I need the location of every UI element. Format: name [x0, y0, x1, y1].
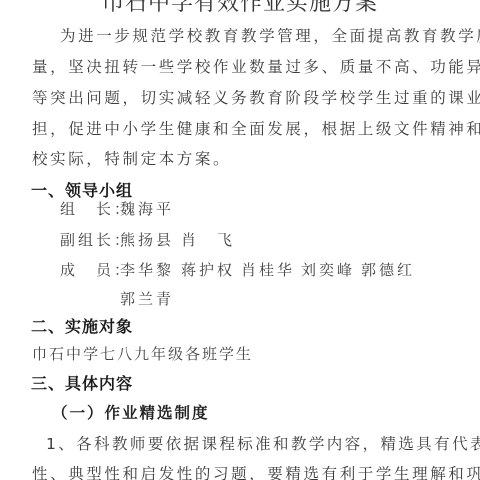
content-line-2: 性、典型性和启发性的习题，要精选有利于学生理解和巩固	[32, 462, 424, 480]
member-name-5: 郭德红	[361, 259, 415, 280]
member-name-2: 蒋护权	[181, 259, 235, 280]
deputy-name-2: 肖 飞	[181, 229, 235, 250]
member-name-4: 刘奕峰	[301, 259, 355, 280]
section-heading-content: 三、具体内容	[31, 371, 133, 394]
member-name-1: 李华黎	[120, 259, 174, 280]
intro-line-2: 量，坚决扭转一些学校作业数量过多、质量不高、功能异化	[32, 55, 424, 77]
subsection-heading-homework-selection: （一）作业精选制度	[52, 401, 210, 423]
document-title: 巾石中学有效作业实施方案	[0, 0, 480, 17]
member-name-3: 肖桂华	[241, 259, 295, 280]
intro-line-3: 等突出问题，切实减轻义务教育阶段学校学生过重的课业负	[32, 86, 424, 108]
targets-content: 巾石中学七八九年级各班学生	[32, 343, 253, 364]
content-line-1: 1、各科教师要依据课程标准和教学内容，精选具有代表	[46, 432, 438, 454]
document-page: 巾石中学有效作业实施方案 为进一步规范学校教育教学管理，全面提高教育教学质 量，…	[0, 0, 480, 480]
intro-line-5: 校实际，特制定本方案。	[32, 147, 424, 169]
deputy-name-1: 熊扬县	[120, 229, 174, 250]
section-heading-targets: 二、实施对象	[31, 314, 133, 337]
intro-line-4: 担，促进中小学生健康和全面发展，根据上级文件精神和学	[32, 117, 424, 139]
leader-name: 魏海平	[120, 198, 174, 219]
member-name-6: 郭兰青	[120, 288, 174, 309]
intro-line-1: 为进一步规范学校教育教学管理，全面提高教育教学质	[60, 24, 452, 46]
